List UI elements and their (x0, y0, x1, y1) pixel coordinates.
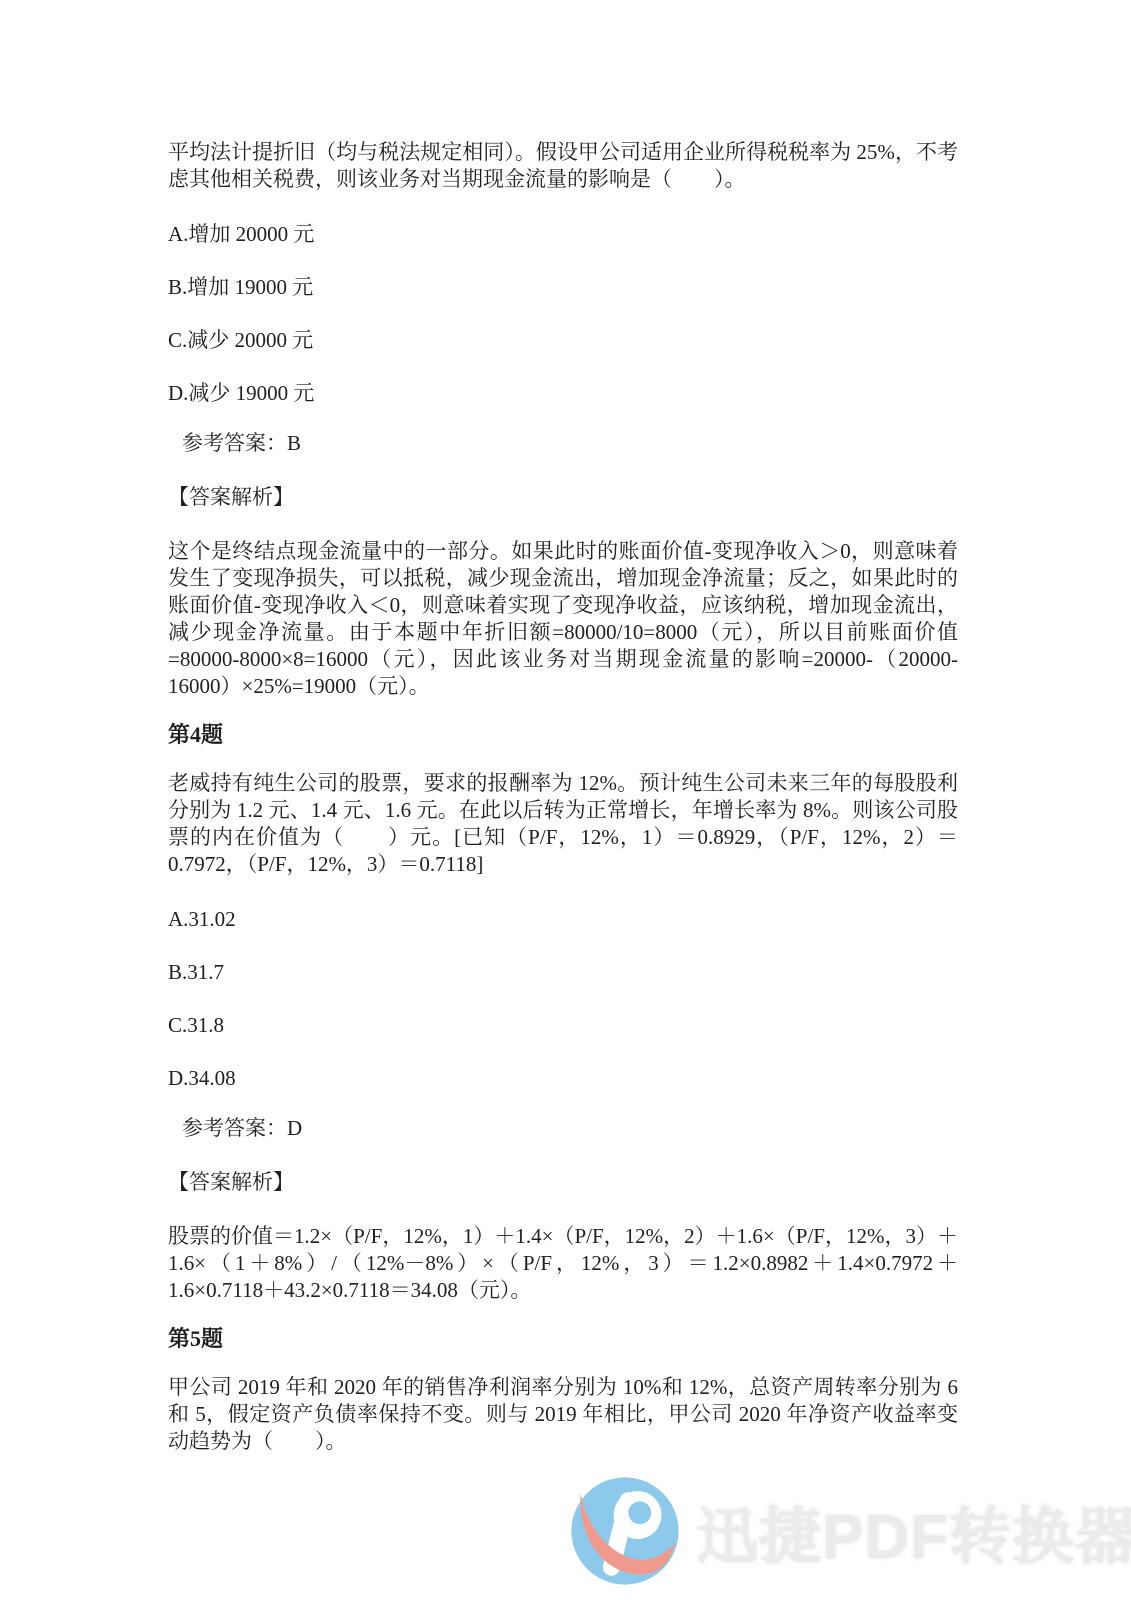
question3-analysis-text: 这个是终结点现金流量中的一部分。如果此时的账面价值-变现净收入＞0，则意味着发生… (168, 538, 958, 700)
watermark-text: 迅捷PDF转换器 (696, 1487, 1131, 1576)
question4-analysis-text: 股票的价值＝1.2×（P/F，12%，1）＋1.4×（P/F，12%，2）＋1.… (168, 1223, 958, 1304)
question4-text: 老威持有纯生公司的股票，要求的报酬率为 12%。预计纯生公司未来三年的每股股利分… (168, 770, 958, 878)
question3-option-b: B.增加 19000 元 (168, 274, 958, 301)
question3-option-d: D.减少 19000 元 (168, 380, 958, 407)
question4-option-c: C.31.8 (168, 1012, 958, 1039)
question5-title: 第5题 (168, 1324, 958, 1354)
question3-analysis-header: 【答案解析】 (168, 484, 958, 511)
question4-option-a: A.31.02 (168, 906, 958, 933)
document-page: 平均法计提折旧（均与税法规定相同）。假设甲公司适用企业所得税税率为 25%，不考… (0, 0, 1131, 1600)
question5-text: 甲公司 2019 年和 2020 年的销售净利润率分别为 10%和 12%，总资… (168, 1374, 958, 1455)
question3-option-a: A.增加 20000 元 (168, 221, 958, 248)
question4-option-b: B.31.7 (168, 959, 958, 986)
question4-reference-answer: 参考答案：D (168, 1115, 958, 1142)
pdf-converter-logo-icon (568, 1474, 682, 1588)
watermark: 迅捷PDF转换器 (568, 1474, 1131, 1588)
question4-option-d: D.34.08 (168, 1065, 958, 1092)
question4-title: 第4题 (168, 720, 958, 750)
question3-reference-answer: 参考答案：B (168, 430, 958, 457)
question3-option-c: C.减少 20000 元 (168, 327, 958, 354)
question4-analysis-header: 【答案解析】 (168, 1169, 958, 1196)
question3-text: 平均法计提折旧（均与税法规定相同）。假设甲公司适用企业所得税税率为 25%，不考… (168, 139, 958, 193)
document-content: 平均法计提折旧（均与税法规定相同）。假设甲公司适用企业所得税税率为 25%，不考… (168, 139, 958, 1455)
